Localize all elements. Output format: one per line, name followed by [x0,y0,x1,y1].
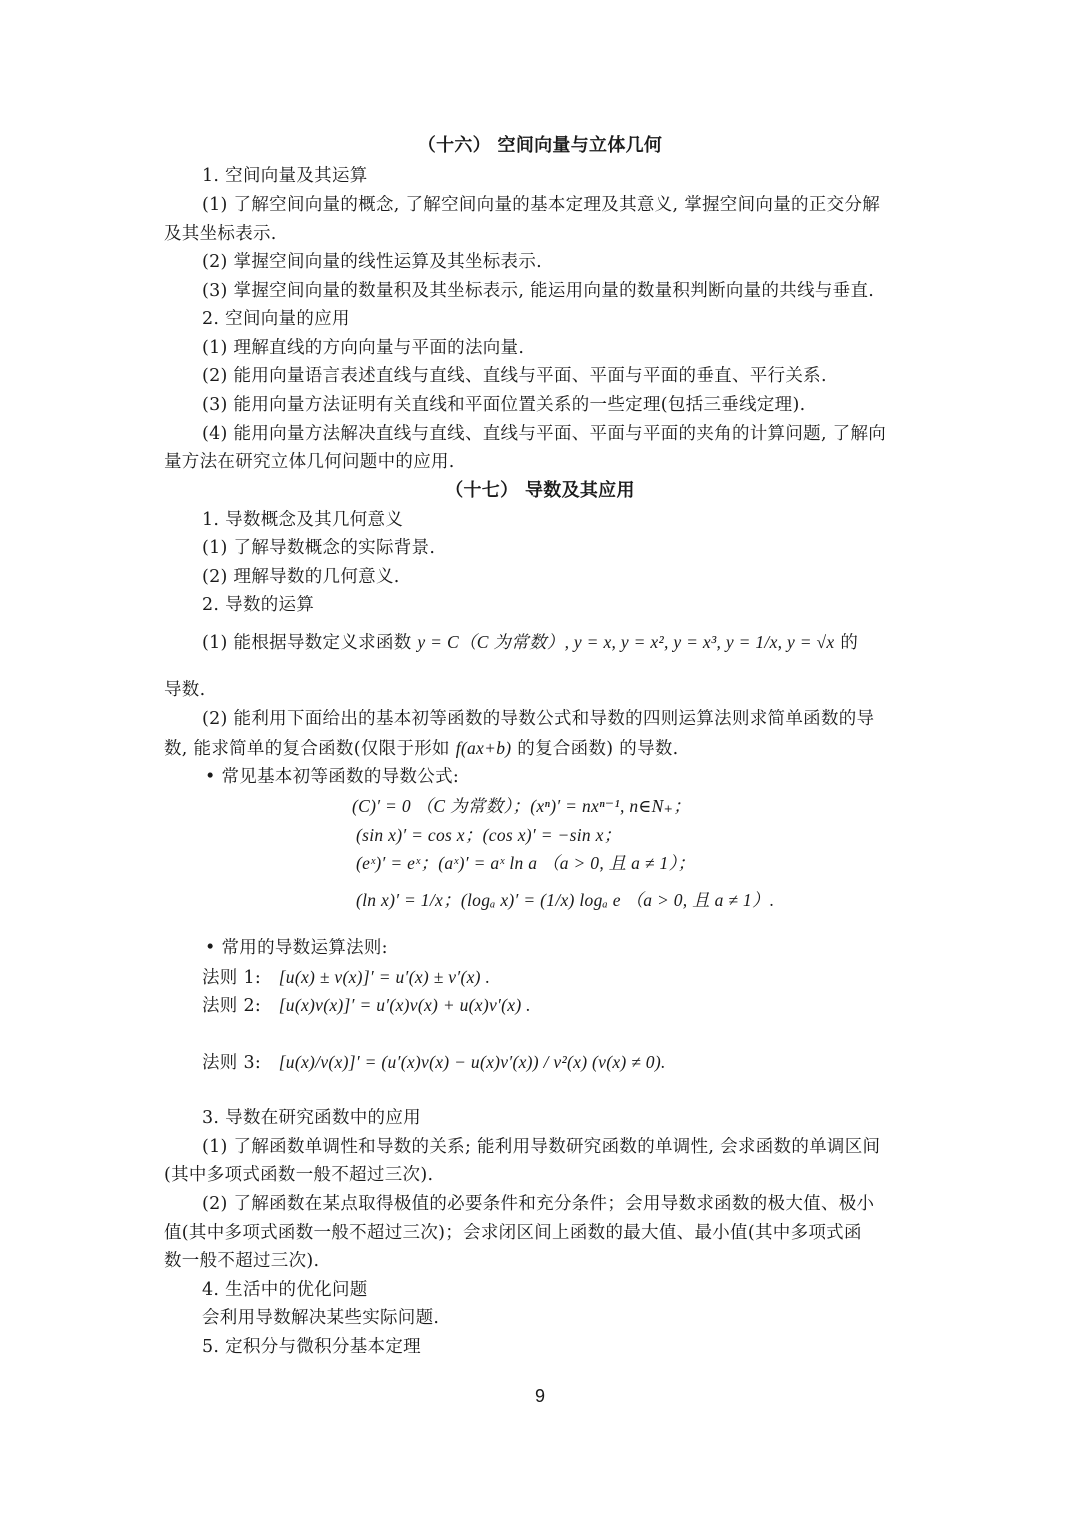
bullet-derivative-rules: • 常用的导数运算法则: [205,936,388,960]
s17-item2-2-line2: 数, 能求简单的复合函数(仅限于形如 f(ax+b) 的复合函数) 的导数. [164,736,679,761]
s17-item3-2-line3: 数一般不超过三次). [164,1249,319,1273]
s17-item1-heading: 1. 导数概念及其几何意义 [202,508,403,532]
s17-item4-text: 会利用导数解决某些实际问题. [202,1306,439,1330]
section-17-title: （十七） 导数及其应用 [0,479,1080,503]
s17-item2-1-functions: y = C（C 为常数）, y = x, y = x², y = x³, y =… [417,632,834,652]
page-number: 9 [0,1386,1080,1407]
s17-item2-1-suffix: 的 [835,633,859,653]
rule-3-expr: [u(x)/v(x)]′ = (u′(x)v(x) − u(x)v′(x)) /… [279,1052,666,1072]
s17-item1-2: (2) 理解导数的几何意义. [202,565,400,589]
s17-item4-heading: 4. 生活中的优化问题 [202,1278,368,1302]
bullet-derivative-formulas: • 常见基本初等函数的导数公式: [205,765,459,789]
s17-item2-2-post: 的复合函数) 的导数. [511,739,678,759]
formula-2: (sin x)′ = cos x；(cos x)′ = −sin x； [356,823,621,847]
section-16-title: （十六） 空间向量与立体几何 [0,134,1080,158]
rule-3: 法则 3: [u(x)/v(x)]′ = (u′(x)v(x) − u(x)v′… [202,1050,666,1075]
rule-1-label: 法则 1: [202,968,261,988]
s17-item3-heading: 3. 导数在研究函数中的应用 [202,1106,421,1130]
s17-item5-heading: 5. 定积分与微积分基本定理 [202,1335,421,1359]
rule-1: 法则 1: [u(x) ± v(x)]′ = u′(x) ± v′(x) . [202,965,490,990]
s17-item2-2-pre: 数, 能求简单的复合函数(仅限于形如 [164,739,456,759]
s16-item2-2: (2) 能用向量语言表述直线与直线、直线与平面、平面与平面的垂直、平行关系. [202,364,827,388]
s16-item1-1-line1: (1) 了解空间向量的概念, 了解空间向量的基本定理及其意义, 掌握空间向量的正… [202,193,880,217]
s17-item2-1-cont: 导数. [164,678,205,702]
s17-item3-1-line1: (1) 了解函数单调性和导数的关系; 能利用导数研究函数的单调性, 会求函数的单… [202,1135,880,1159]
s17-item3-2-line1: (2) 了解函数在某点取得极值的必要条件和充分条件；会用导数求函数的极大值、极小 [202,1192,874,1216]
s16-item1-2: (2) 掌握空间向量的线性运算及其坐标表示. [202,250,542,274]
s17-item2-1-prefix: (1) 能根据导数定义求函数 [202,633,417,653]
rule-3-label: 法则 3: [202,1053,261,1073]
s16-item2-4-line2: 量方法在研究立体几何问题中的应用. [164,450,455,474]
s17-item2-2-expr: f(ax+b) [456,738,512,758]
s16-item2-4-line1: (4) 能用向量方法解决直线与直线、直线与平面、平面与平面的夹角的计算问题, 了… [202,422,886,446]
s16-item2-1: (1) 理解直线的方向向量与平面的法向量. [202,336,524,360]
s17-item2-heading: 2. 导数的运算 [202,593,314,617]
s17-item1-1: (1) 了解导数概念的实际背景. [202,536,435,560]
s16-item1-3: (3) 掌握空间向量的数量积及其坐标表示, 能运用向量的数量积判断向量的共线与垂… [202,279,874,303]
rule-2-expr: [u(x)v(x)]′ = u′(x)v(x) + u(x)v′(x) . [279,995,531,1015]
s17-item3-2-line2: 值(其中多项式函数一般不超过三次)；会求闭区间上函数的最大值、最小值(其中多项式… [164,1221,862,1245]
document-page: （十六） 空间向量与立体几何 1. 空间向量及其运算 (1) 了解空间向量的概念… [0,0,1080,1527]
s16-item1-1-line2: 及其坐标表示. [164,222,277,246]
s16-item2-3: (3) 能用向量方法证明有关直线和平面位置关系的一些定理(包括三垂线定理). [202,393,805,417]
s17-item2-1: (1) 能根据导数定义求函数 y = C（C 为常数）, y = x, y = … [202,630,858,655]
s16-item1-heading: 1. 空间向量及其运算 [202,164,368,188]
s17-item3-1-line2: (其中多项式函数一般不超过三次). [164,1163,433,1187]
rule-1-expr: [u(x) ± v(x)]′ = u′(x) ± v′(x) . [279,967,490,987]
formula-1: (C)′ = 0 （C 为常数）；(xⁿ)′ = nxⁿ⁻¹, n∈N₊； [352,794,691,818]
s17-item2-2-line1: (2) 能利用下面给出的基本初等函数的导数公式和导数的四则运算法则求简单函数的导 [202,707,874,731]
rule-2-label: 法则 2: [202,996,261,1016]
rule-2: 法则 2: [u(x)v(x)]′ = u′(x)v(x) + u(x)v′(x… [202,993,531,1018]
s16-item2-heading: 2. 空间向量的应用 [202,307,350,331]
formula-3: (eˣ)′ = eˣ；(aˣ)′ = aˣ ln a （a > 0, 且 a ≠… [356,851,695,875]
formula-4: (ln x)′ = 1/x；(logₐ x)′ = (1/x) logₐ e （… [356,888,774,912]
